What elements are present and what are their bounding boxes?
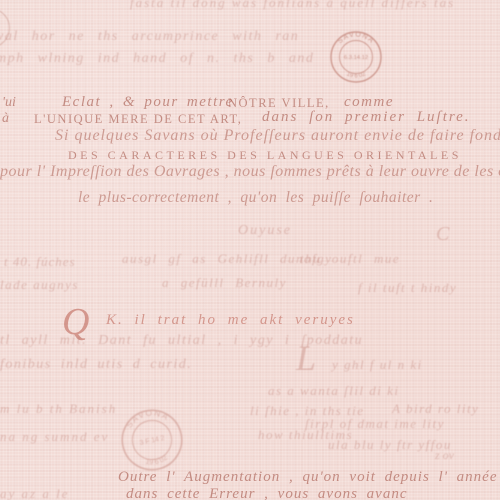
printed-fragment: à [2,112,9,126]
script-fragment: A bird ro lity [392,402,479,415]
script-fragment: t 40. fúches [4,255,76,268]
stamp-date-text: 6.3.14.12 [344,55,368,61]
stamp-arc-text: SAVONA [121,403,172,431]
script-fragment: m lu b th Banish [0,402,117,415]
script-flourish: C [436,224,449,244]
printed-line-outre: Outre l' Augmentation , qu'on voit depui… [118,470,500,485]
postmark-stamp-top: SAVONA 6.3.14.12 19 6 02 [324,25,388,89]
printed-line-lustre: dans ſon premier Luſtre. [262,110,471,125]
script-word: Ouyuse [238,224,292,238]
printed-line-impression: pour l' Impreſſion des Oavrages , nous ſ… [0,164,500,180]
stamp-date-text: 3 F 14 2 [139,435,165,447]
printed-caps-ville: NÔTRE VILLE, [228,97,330,110]
script-line: wal hor ne ths arcumprince with ran [0,30,299,44]
script-fragment: a gefülll Bernuly [162,276,287,289]
printed-caps-caracteres: DES CARACTERES DES LANGUES ORIENTALES [68,149,462,161]
printed-line-savans: Si quelques Savans où Profeſſeurs auront… [55,128,500,144]
script-fragment: ula blu ly ftr yffou [328,438,452,451]
printed-caps-unique: L'UNIQUE MERE DE CET ART, [34,113,242,126]
script-fragment: y ghl f ul n ki [332,358,423,371]
script-fragment: thu ouftl mue [300,252,400,265]
printed-line-bottom-cut: dans cette Erreur , vous avons avanc [126,487,407,500]
script-line: fasta til dong was fonlians à quell diff… [130,0,455,9]
stamp-arc-text: SAVONA [337,31,376,45]
wallpaper-canvas: fasta til dong was fonlians à quell diff… [0,0,500,500]
script-fragment: lade augnys [0,278,79,291]
script-fragment: as a wanta ſlil di ki [268,384,400,397]
script-fragment: z ov [435,449,454,461]
script-fragment: f il tuft t hindy [358,281,457,294]
script-line: mph wlning ind hand of n. ths b and [0,52,314,66]
printed-word-comme: comme [344,95,394,110]
script-line-red: K. il trat ho me akt veruyes [106,313,355,328]
script-fragment: na ng sumnd ev [0,430,109,443]
stamp-arc-bottom-text: 19 6 02 [346,71,368,79]
script-flourish-l: L [296,340,316,376]
printed-fragment: 'ui [2,96,16,110]
printed-line-eclat: Eclat , & pour mettre [62,95,234,110]
script-line: fonibus inld utis d curid. [0,358,192,372]
printed-line-correctement: le plus-correctement , qu'on les puiſſe … [78,190,433,206]
script-fragment: ay az a le [0,487,69,500]
